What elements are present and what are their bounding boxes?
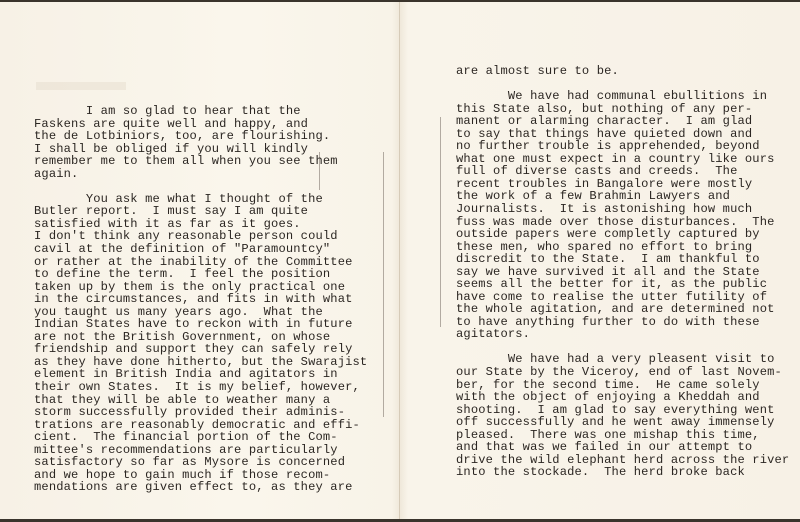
text-line: outside papers were completly captured b… [456, 228, 789, 241]
text-line: their own States. It is my belief, howev… [34, 381, 367, 394]
text-line: are almost sure to be. [456, 65, 789, 78]
faded-heading-mark [36, 82, 126, 90]
text-line: mendations are given effect to, as they … [34, 481, 367, 494]
text-line: We have had communal ebullitions in [456, 90, 789, 103]
text-line: cavil at the definition of "Paramountcy" [34, 243, 367, 256]
text-line: discredit to the State. I am thankful to [456, 253, 789, 266]
pencil-margin-line [383, 152, 384, 417]
text-line: our State by the Viceroy, end of last No… [456, 366, 789, 379]
text-line: storm successfully provided their admini… [34, 406, 367, 419]
pencil-margin-line-right [440, 117, 441, 327]
text-line: no further trouble is apprehended, beyon… [456, 140, 789, 153]
text-line: to define the term. I feel the position [34, 268, 367, 281]
center-fold-line [399, 2, 400, 519]
text-line: Indian States have to reckon with in fut… [34, 318, 367, 331]
left-page-text: I am so glad to hear that theFaskens are… [34, 105, 367, 506]
text-line: the whole agitation, and are determined … [456, 303, 789, 316]
text-line: cient. The financial portion of the Com- [34, 431, 367, 444]
text-line: off successfully and he went away immens… [456, 416, 789, 429]
text-line: in the circumstances, and fits in with w… [34, 293, 367, 306]
text-line: Journalists. It is astonishing how much [456, 203, 789, 216]
text-line: satisfactory so far as Mysore is concern… [34, 456, 367, 469]
paragraph: are almost sure to be. [456, 65, 789, 78]
text-line: full of diverse casts and creeds. The [456, 165, 789, 178]
text-line: friendship and support they can safely r… [34, 343, 367, 356]
text-line: remember me to them all when you see the… [34, 155, 367, 168]
paragraph: I am so glad to hear that theFaskens are… [34, 105, 367, 180]
paragraph: We have had communal ebullitions inthis … [456, 90, 789, 341]
text-line: into the stockade. The herd broke back [456, 466, 789, 479]
right-page-text: are almost sure to be. We have had commu… [456, 65, 789, 491]
text-line: the de Lotbiniors, too, are flourishing. [34, 130, 367, 143]
text-line: agitators. [456, 328, 789, 341]
text-line: and that was we failed in our attempt to [456, 441, 789, 454]
text-line: seems all the better for it, as the publ… [456, 278, 789, 291]
paragraph: You ask me what I thought of theButler r… [34, 193, 367, 494]
scanned-letter: I am so glad to hear that theFaskens are… [0, 2, 800, 519]
text-line: with the object of enjoying a Kheddah an… [456, 391, 789, 404]
paragraph: We have had a very pleasent visit toour … [456, 353, 789, 478]
text-line: I am so glad to hear that the [34, 105, 367, 118]
text-line: manent or alarming character. I am glad [456, 115, 789, 128]
text-line: Butler report. I must say I am quite [34, 205, 367, 218]
text-line: again. [34, 168, 367, 181]
